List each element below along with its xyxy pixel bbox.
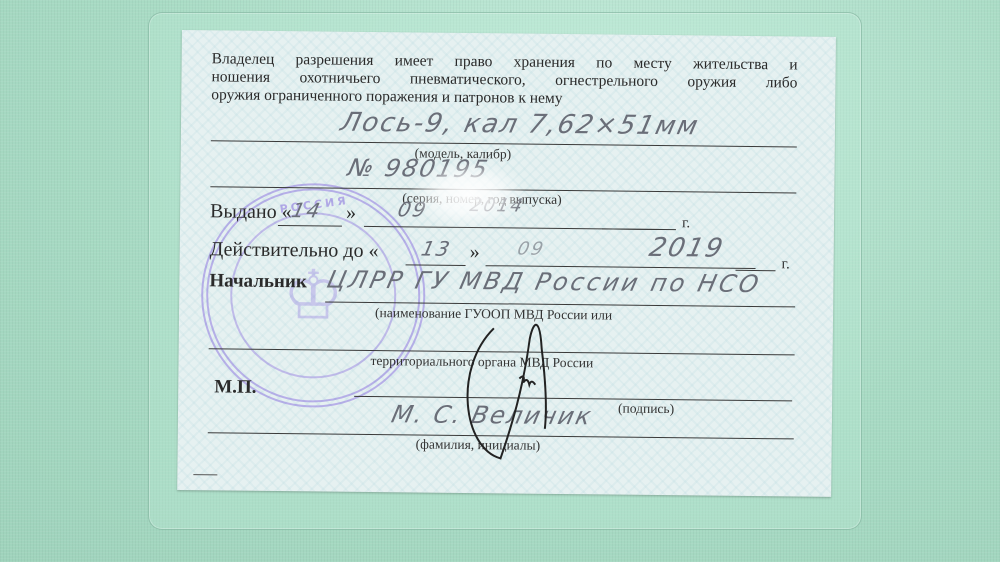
issued-label: Выдано « <box>210 200 292 224</box>
model-caliber-handwritten: Лось-9, кал 7,62×51мм <box>338 108 703 142</box>
chief-label: Начальник <box>209 270 307 293</box>
issued-day: 14 <box>289 198 324 222</box>
seal-label: М.П. <box>214 376 256 398</box>
valid-until-day: 13 <box>419 237 454 261</box>
issued-close-quote: » <box>346 202 356 225</box>
valid-until-year: 2019 <box>646 233 727 264</box>
issued-year-suffix: г. <box>682 215 690 232</box>
valid-until-label: Действительно до « <box>210 238 379 263</box>
valid-until-month: 09 <box>515 239 547 260</box>
intro-paragraph: Владелец разрешения имеет право хранения… <box>211 50 798 110</box>
issued-year-line <box>602 228 676 230</box>
light-glare <box>408 160 528 230</box>
signature-mark <box>452 308 574 469</box>
signature-caption: (подпись) <box>618 401 674 418</box>
chief-handwritten: ЦЛРР ГУ МВД России по НСО <box>324 266 764 298</box>
corner-mark <box>193 474 217 475</box>
permit-card: РОССИЯ ♔ Владелец разрешения имеет право… <box>177 30 836 497</box>
valid-until-year-suffix: г. <box>781 256 789 273</box>
valid-until-close-quote: » <box>470 241 480 264</box>
